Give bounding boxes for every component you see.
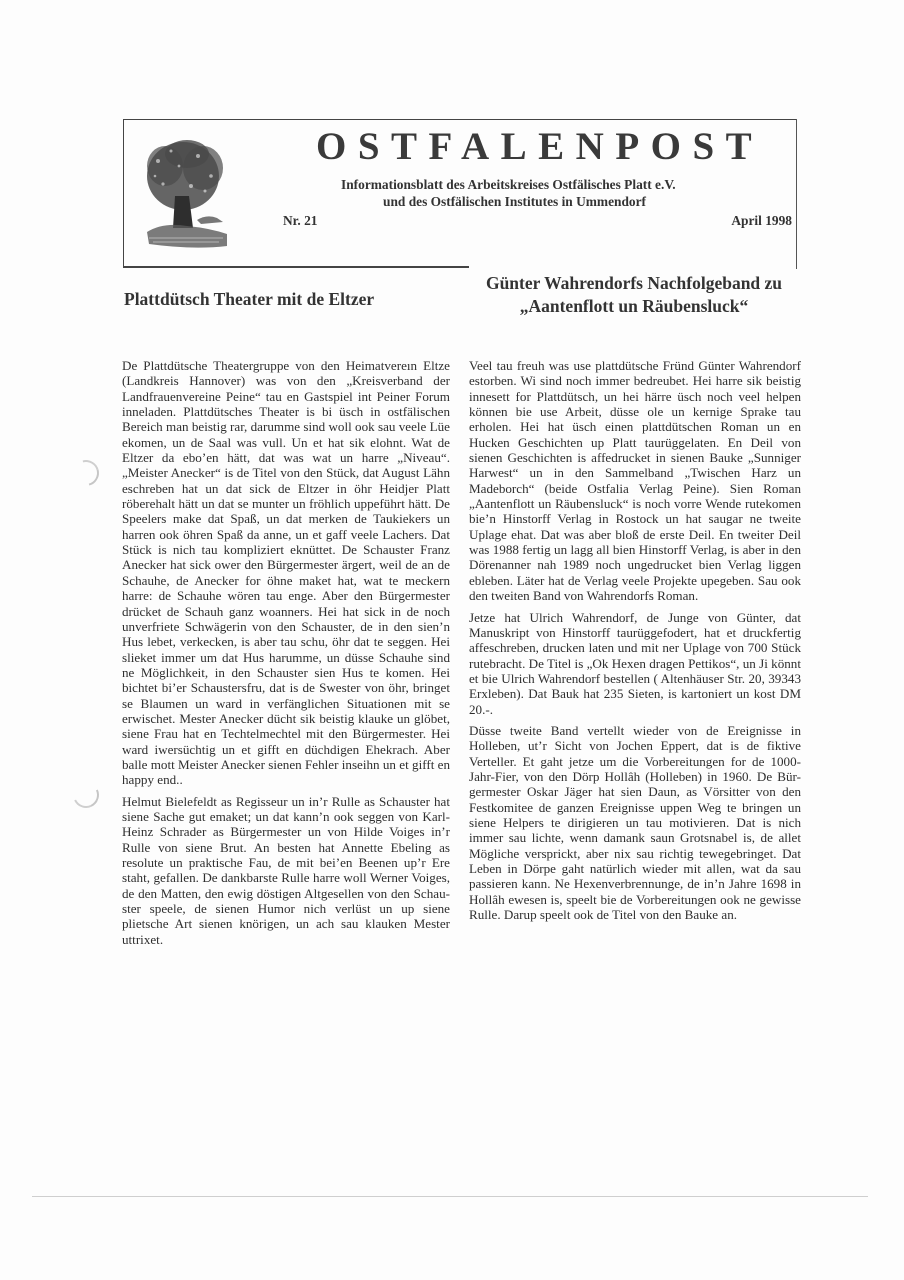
masthead-title: OSTFALENPOST (316, 124, 786, 169)
masthead-subtitle-1: Informationsblatt des Arbeitskreises Ost… (341, 177, 676, 193)
article-left-headline: Plattdütsch Theater mit de Eltzer (124, 289, 454, 310)
issue-date: April 1998 (731, 213, 792, 229)
newsletter-page: OSTFALENPOST Informationsblatt des Arbei… (0, 0, 904, 1280)
article-left-body: De Plattdütsche Theatergruppe von den He… (122, 358, 450, 953)
masthead-subtitle-2: und des Ostfälischen Institutes in Ummen… (383, 194, 646, 210)
masthead-border-right (796, 119, 797, 269)
paragraph: Helmut Bielefeldt as Regisseur un in’r R… (122, 794, 450, 947)
oak-tree-icon (143, 136, 229, 252)
article-right-body: Veel tau freuh was use plattdütsche Frün… (469, 358, 801, 928)
punch-hole-mark (68, 455, 104, 491)
masthead-border-left (123, 119, 124, 267)
masthead-border-bottom (123, 266, 469, 268)
paragraph: De Plattdütsche Theatergruppe von den He… (122, 358, 450, 788)
paragraph: Düsse tweite Band vertellt wieder von de… (469, 723, 801, 922)
punch-hole-mark (69, 778, 102, 811)
article-right-headline: Günter Wahrendorfs Nachfolgeband zu „Aan… (464, 272, 804, 318)
masthead-border-top (123, 119, 797, 120)
page-bottom-rule (32, 1196, 868, 1197)
paragraph: Jetze hat Ulrich Wahrendorf, de Junge vo… (469, 610, 801, 717)
paragraph: Veel tau freuh was use plattdütsche Frün… (469, 358, 801, 604)
issue-number: Nr. 21 (283, 213, 317, 229)
